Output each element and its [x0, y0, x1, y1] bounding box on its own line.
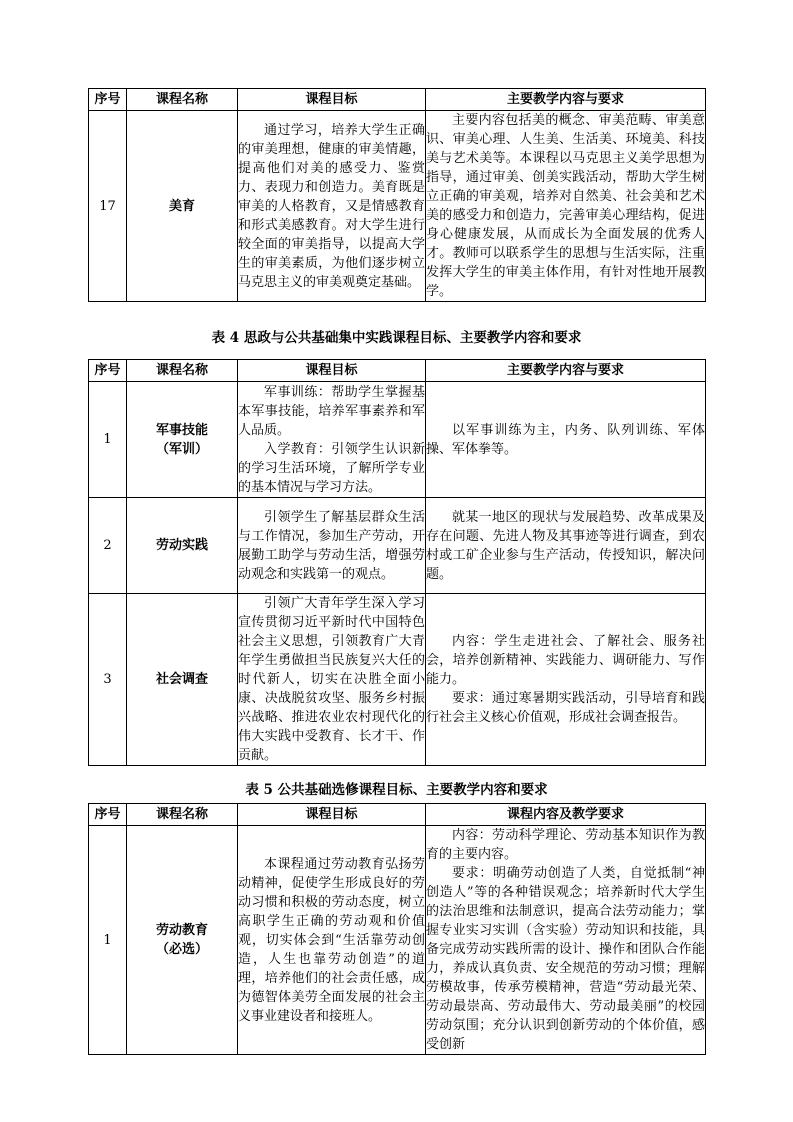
content-paragraph: 要求：通过寒暑期实践活动，引导培育和践行社会主义核心价值观，形成社会调查报告。 — [426, 689, 705, 727]
col-header-course-name: 课程名称 — [127, 360, 238, 382]
table5-title: 表 5 公共基础选修课程目标、主要教学内容和要求 — [88, 780, 705, 800]
objective-paragraph: 军事训练：帮助学生掌握基本军事技能，培养军事素养和军人品质。 — [238, 383, 425, 440]
objective-paragraph: 入学教育：引领学生认识新的学习生活环境，了解所学专业的基本情况与学习方法。 — [238, 440, 425, 497]
document-body: 序号 课程名称 课程目标 主要教学内容与要求 17 美育 通过学习，培养大学生正… — [88, 88, 705, 1055]
course-objective-cell: 引领学生了解基层群众生活与工作情况，参加生产劳动，开展勤工助学与劳动生活，增强劳… — [238, 498, 426, 594]
table-row: 17 美育 通过学习，培养大学生正确的审美理想，健康的审美情趣，提高他们对美的感… — [89, 111, 706, 302]
course-name-cell: 社会调查 — [127, 594, 238, 766]
table-header-row: 序号 课程名称 课程目标 主要教学内容与要求 — [89, 360, 706, 382]
teaching-content-cell: 就某一地区的现状与发展趋势、改革成果及存在问题、先进人物及其事迹等进行调查，到农… — [426, 498, 706, 594]
objective-paragraph: 通过学习，培养大学生正确的审美理想，健康的审美情趣，提高他们对美的感受力、鉴赏力… — [238, 121, 425, 292]
col-header-objective: 课程目标 — [238, 89, 426, 111]
course-name-cell: 劳动实践 — [127, 498, 238, 594]
objective-paragraph: 引领广大青年学生深入学习宣传贯彻习近平新时代中国特色社会主义思想，引领教育广大青… — [238, 594, 425, 765]
col-header-content: 主要教学内容与要求 — [426, 89, 706, 111]
col-header-content: 主要教学内容与要求 — [426, 360, 706, 382]
objective-paragraph: 引领学生了解基层群众生活与工作情况，参加生产劳动，开展勤工助学与劳动生活，增强劳… — [238, 508, 425, 584]
content-paragraph: 主要内容包括美的概念、审美范畴、审美意识、审美心理、人生美、生活美、环境美、科技… — [426, 111, 705, 301]
table-row: 1 军事技能 （军训） 军事训练：帮助学生掌握基本军事技能，培养军事素养和军人品… — [89, 382, 706, 498]
row-number-cell: 17 — [89, 111, 127, 302]
col-header-no: 序号 — [89, 89, 127, 111]
course-name-cell: 劳动教育 （必选） — [127, 826, 238, 1055]
content-paragraph: 内容：学生走进社会、了解社会、服务社会，培养创新精神、实践能力、调研能力、写作能… — [426, 632, 705, 689]
course-objective-cell: 军事训练：帮助学生掌握基本军事技能，培养军事素养和军人品质。 入学教育：引领学生… — [238, 382, 426, 498]
course-name-cell: 军事技能 （军训） — [127, 382, 238, 498]
col-header-course-name: 课程名称 — [127, 804, 238, 826]
document-page: { "page": { "background": "#ffffff", "te… — [0, 0, 793, 1122]
teaching-content-cell: 内容：学生走进社会、了解社会、服务社会，培养创新精神、实践能力、调研能力、写作能… — [426, 594, 706, 766]
col-header-objective: 课程目标 — [238, 360, 426, 382]
col-header-content: 课程内容及教学要求 — [426, 804, 706, 826]
course-objective-cell: 引领广大青年学生深入学习宣传贯彻习近平新时代中国特色社会主义思想，引领教育广大青… — [238, 594, 426, 766]
objective-paragraph: 本课程通过劳动教育弘扬劳动精神，促使学生形成良好的劳动习惯和积极的劳动态度，树立… — [238, 855, 425, 1026]
course-name-cell: 美育 — [127, 111, 238, 302]
col-header-course-name: 课程名称 — [127, 89, 238, 111]
course-table-continuation: 序号 课程名称 课程目标 主要教学内容与要求 17 美育 通过学习，培养大学生正… — [88, 88, 706, 302]
col-header-objective: 课程目标 — [238, 804, 426, 826]
content-paragraph: 内容：劳动科学理论、劳动基本知识作为教育的主要内容。 — [426, 826, 705, 864]
table4-practice-courses: 序号 课程名称 课程目标 主要教学内容与要求 1 军事技能 （军训） 军事训练：… — [88, 359, 706, 766]
table-header-row: 序号 课程名称 课程目标 主要教学内容与要求 — [89, 89, 706, 111]
row-number-cell: 3 — [89, 594, 127, 766]
teaching-content-cell: 以军事训练为主，内务、队列训练、军体操、军体拳等。 — [426, 382, 706, 498]
table-row: 1 劳动教育 （必选） 本课程通过劳动教育弘扬劳动精神，促使学生形成良好的劳动习… — [89, 826, 706, 1055]
row-number-cell: 1 — [89, 826, 127, 1055]
row-number-cell: 2 — [89, 498, 127, 594]
table5-elective-courses: 序号 课程名称 课程目标 课程内容及教学要求 1 劳动教育 （必选） 本课程通过… — [88, 803, 706, 1055]
row-number-cell: 1 — [89, 382, 127, 498]
table-header-row: 序号 课程名称 课程目标 课程内容及教学要求 — [89, 804, 706, 826]
content-paragraph: 就某一地区的现状与发展趋势、改革成果及存在问题、先进人物及其事迹等进行调查，到农… — [426, 508, 705, 584]
table-row: 2 劳动实践 引领学生了解基层群众生活与工作情况，参加生产劳动，开展勤工助学与劳… — [89, 498, 706, 594]
col-header-no: 序号 — [89, 804, 127, 826]
content-paragraph: 要求：明确劳动创造了人类，自觉抵制“神创造人”等的各种错误观念；培养新时代大学生… — [426, 864, 705, 1054]
table-row: 3 社会调查 引领广大青年学生深入学习宣传贯彻习近平新时代中国特色社会主义思想，… — [89, 594, 706, 766]
content-paragraph: 以军事训练为主，内务、队列训练、军体操、军体拳等。 — [426, 421, 705, 459]
table4-title: 表 4 思政与公共基础集中实践课程目标、主要教学内容和要求 — [88, 328, 705, 348]
course-objective-cell: 通过学习，培养大学生正确的审美理想，健康的审美情趣，提高他们对美的感受力、鉴赏力… — [238, 111, 426, 302]
course-objective-cell: 本课程通过劳动教育弘扬劳动精神，促使学生形成良好的劳动习惯和积极的劳动态度，树立… — [238, 826, 426, 1055]
teaching-content-cell: 主要内容包括美的概念、审美范畴、审美意识、审美心理、人生美、生活美、环境美、科技… — [426, 111, 706, 302]
teaching-content-cell: 内容：劳动科学理论、劳动基本知识作为教育的主要内容。 要求：明确劳动创造了人类，… — [426, 826, 706, 1055]
col-header-no: 序号 — [89, 360, 127, 382]
